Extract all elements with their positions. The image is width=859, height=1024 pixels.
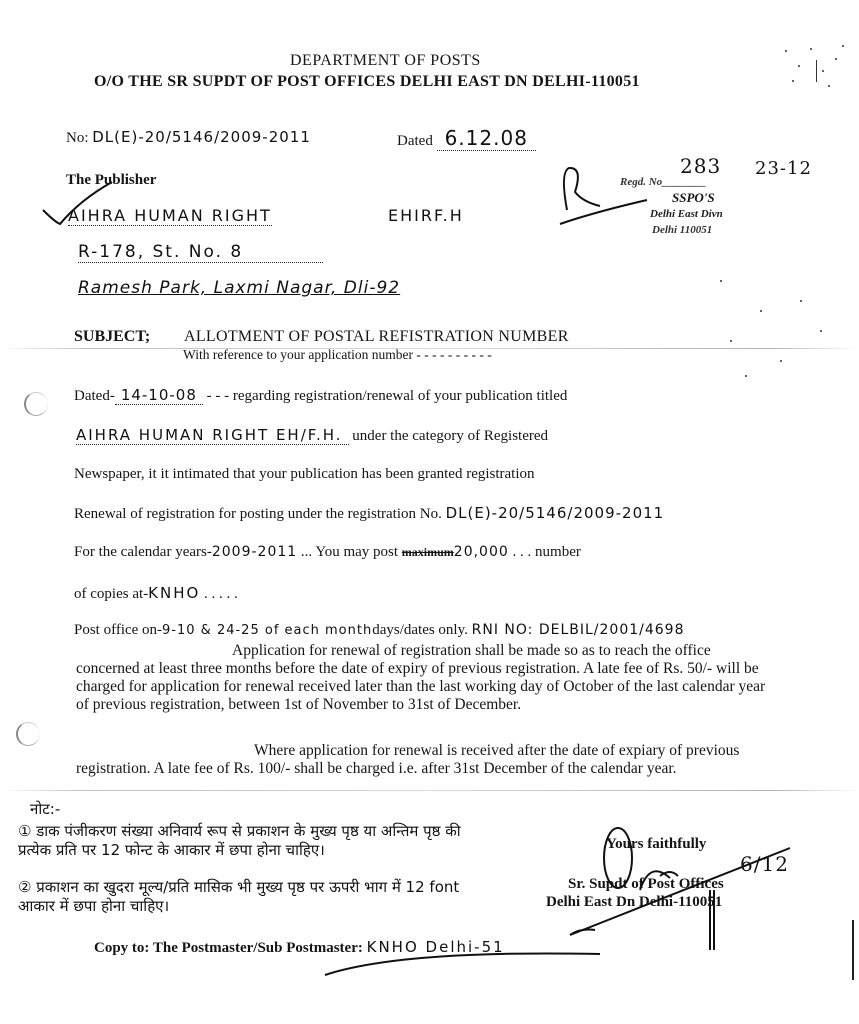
maximum-struck: maximum <box>402 545 454 559</box>
copy-to-underline-stroke <box>320 940 620 980</box>
calendar-line: For the calendar years-2009-2011 ... You… <box>74 544 581 561</box>
calendar-label: For the calendar years- <box>74 544 212 560</box>
post-office-value: 9-10 & 24-25 of each month <box>162 623 372 638</box>
punch-hole <box>16 722 40 746</box>
reference-application-line: With reference to your application numbe… <box>183 347 492 363</box>
post-office-line: Post office on-9-10 & 24-25 of each mont… <box>74 622 684 639</box>
copies-at-label: of copies at- <box>74 586 148 602</box>
number-text: number <box>535 544 581 560</box>
regarding-text: regarding registration/renewal of your p… <box>233 388 567 404</box>
may-post-text: You may post <box>315 544 398 560</box>
addressee-line1-suffix: EHIRF.H <box>388 206 464 225</box>
reference-no-label: No: <box>66 130 89 146</box>
reference-line: No: DL(E)-20/5146/2009-2011 <box>66 128 311 147</box>
officer-signature <box>560 820 820 950</box>
punch-hole <box>24 392 48 416</box>
ref-line-text: With reference to your application numbe… <box>183 347 413 362</box>
post-office-label: Post office on- <box>74 622 162 638</box>
days-text: days/dates only. <box>372 622 468 638</box>
addressee-line1: AIHRA HUMAN RIGHT <box>68 206 272 226</box>
body-dated-label: Dated- <box>74 388 115 404</box>
late-fee-paragraph: Where application for renewal is receive… <box>76 742 776 778</box>
page-right-edge <box>852 920 854 980</box>
note-item-1: ① डाक पंजीकरण संख्या अनिवार्य रूप से प्र… <box>18 822 488 860</box>
stamp-regd-label: Regd. No________ <box>620 176 706 188</box>
newspaper-line: Newspaper, it it intimated that your pub… <box>74 466 535 483</box>
scan-noise <box>780 40 850 100</box>
copies-value: 20,000 <box>454 544 509 560</box>
registration-no: DL(E)-20/5146/2009-2011 <box>446 504 665 522</box>
reference-no-value: DL(E)-20/5146/2009-2011 <box>92 128 311 146</box>
copies-at-value: KNHO <box>148 584 200 602</box>
note-item-2: ② प्रकाशन का खुदरा मूल्य/प्रति मासिक भी … <box>18 878 488 916</box>
renewal-paragraph: Application for renewal of registration … <box>76 642 776 714</box>
stamp-regd-label-text: Regd. No <box>620 176 662 188</box>
body-dated-value: 14-10-08 <box>115 386 203 405</box>
publication-line: AIHRA HUMAN RIGHT EH/F.H. under the cate… <box>76 426 548 445</box>
renewal-text: Renewal of registration for posting unde… <box>74 506 442 522</box>
stamp-regd-number: 283 <box>680 154 721 178</box>
dated-value: 6.12.08 <box>437 126 536 151</box>
stamp-line3: Delhi 110051 <box>652 224 712 236</box>
stamp-line1: SSPO'S <box>672 190 715 206</box>
note-label: नोट:- <box>30 800 60 819</box>
addressee-line2: R-178, St. No. 8 <box>78 242 323 263</box>
stamp-regd-date: 23-12 <box>755 158 812 179</box>
dated-line: Dated 6.12.08 <box>397 126 536 150</box>
addressee-line3: Ramesh Park, Laxmi Nagar, Dli-92 <box>78 278 400 298</box>
rni-number: RNI NO: DELBIL/2001/4698 <box>472 622 685 638</box>
office-heading: O/O THE SR SUPDT OF POST OFFICES DELHI E… <box>94 73 640 91</box>
dated-regarding-line: Dated-14-10-08 - - - regarding registrat… <box>74 386 567 405</box>
scan-noise <box>700 270 850 390</box>
fold-line <box>0 790 859 791</box>
stamp-line2: Delhi East Divn <box>650 208 723 220</box>
publication-title: AIHRA HUMAN RIGHT EH/F.H. <box>76 426 349 445</box>
renewal-line: Renewal of registration for posting unde… <box>74 504 664 523</box>
calendar-value: 2009-2011 <box>212 544 297 560</box>
subject-text: ALLOTMENT OF POSTAL REFISTRATION NUMBER <box>184 328 569 346</box>
category-text: under the category of Registered <box>352 428 548 444</box>
dated-label: Dated <box>397 133 433 149</box>
department-heading: DEPARTMENT OF POSTS <box>290 52 481 70</box>
received-stamp: 283 23-12 Regd. No________ SSPO'S Delhi … <box>620 152 840 252</box>
copies-at-line: of copies at-KNHO . . . . . <box>74 584 238 603</box>
subject-label: SUBJECT; <box>74 328 150 346</box>
